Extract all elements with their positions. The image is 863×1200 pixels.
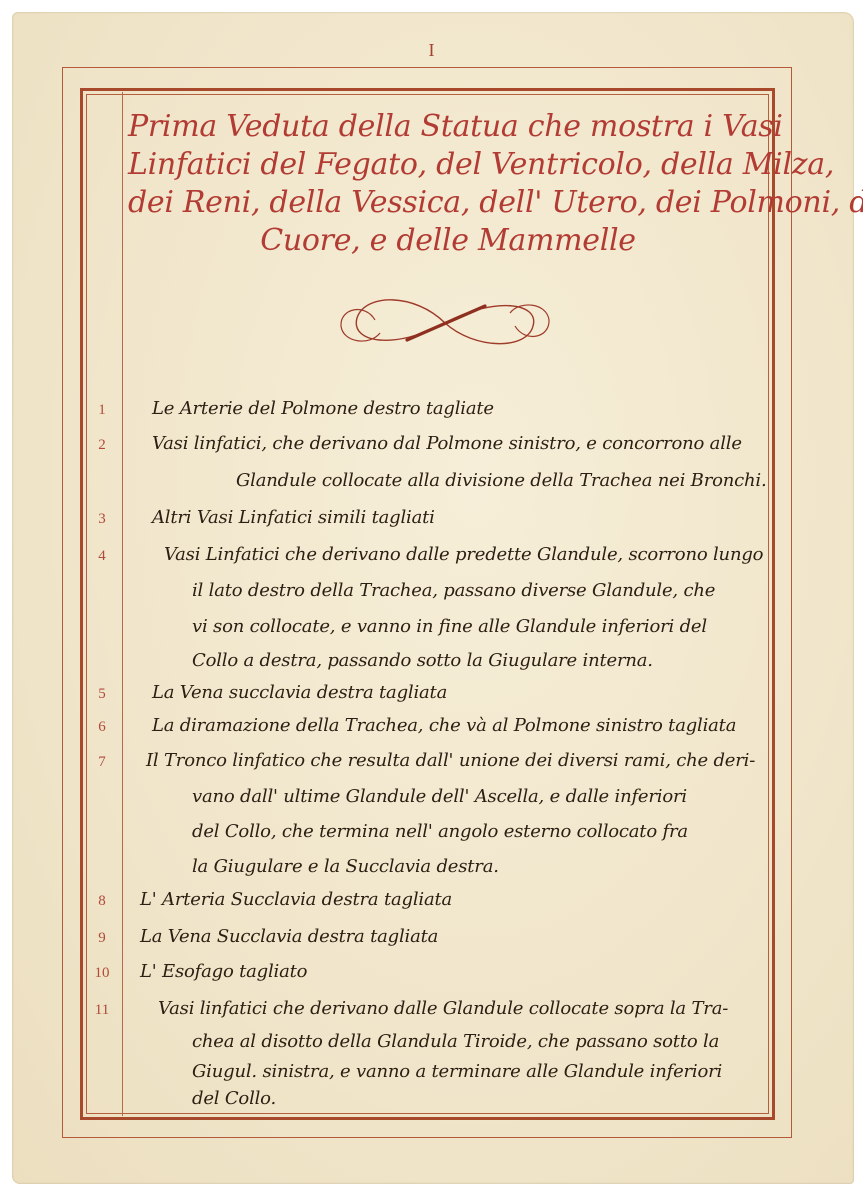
entry-text: La Vena Succlavia destra tagliata xyxy=(140,926,438,947)
title-line: Linfatici del Fegato, del Ventricolo, de… xyxy=(128,146,768,184)
entry-number: 7 xyxy=(82,754,122,771)
page-title: Prima Veduta della Statua che mostra i V… xyxy=(128,108,768,260)
entry-text: Vasi linfatici, che derivano dal Polmone… xyxy=(152,433,742,454)
entry-text: del Collo, che termina nell' angolo este… xyxy=(192,821,688,842)
entry-text: la Giugulare e la Succlavia destra. xyxy=(192,856,499,877)
entry-text: Altri Vasi Linfatici simili tagliati xyxy=(152,507,435,528)
entry-text: Glandule collocate alla divisione della … xyxy=(236,470,767,491)
entry-number: 1 xyxy=(82,402,122,419)
entry-text: Giugul. sinistra, e vanno a terminare al… xyxy=(192,1061,722,1082)
entry-number: 8 xyxy=(82,893,122,910)
entry-text: Vasi Linfatici che derivano dalle predet… xyxy=(164,544,763,565)
entry-text: Le Arterie del Polmone destro tagliate xyxy=(152,398,494,419)
entry-text: Vasi linfatici che derivano dalle Glandu… xyxy=(158,998,728,1019)
entry-text: del Collo. xyxy=(192,1088,276,1109)
page-number: I xyxy=(0,40,863,61)
entry-number: 3 xyxy=(82,511,122,528)
entry-number: 2 xyxy=(82,437,122,454)
title-line: dei Reni, della Vessica, dell' Utero, de… xyxy=(128,184,768,222)
title-line: Prima Veduta della Statua che mostra i V… xyxy=(128,108,768,146)
entry-text: il lato destro della Trachea, passano di… xyxy=(192,580,715,601)
title-line: Cuore, e delle Mammelle xyxy=(128,222,768,260)
entry-text: chea al disotto della Glandula Tiroide, … xyxy=(192,1031,719,1052)
entry-text: Collo a destra, passando sotto la Giugul… xyxy=(192,650,653,671)
entry-text: L' Arteria Succlavia destra tagliata xyxy=(140,889,452,910)
entry-text: L' Esofago tagliato xyxy=(140,961,307,982)
entry-number: 11 xyxy=(82,1002,122,1019)
numeral-margin-line xyxy=(122,92,123,1116)
entry-number: 5 xyxy=(82,686,122,703)
entry-text: La Vena succlavia destra tagliata xyxy=(152,682,447,703)
entry-text: Il Tronco linfatico che resulta dall' un… xyxy=(146,750,755,771)
entry-number: 10 xyxy=(82,965,122,982)
entry-text: La diramazione della Trachea, che và al … xyxy=(152,715,736,736)
entry-number: 9 xyxy=(82,930,122,947)
entry-text: vi son collocate, e vanno in fine alle G… xyxy=(192,616,707,637)
entry-number: 6 xyxy=(82,719,122,736)
entry-number: 4 xyxy=(82,548,122,565)
entry-text: vano dall' ultime Glandule dell' Ascella… xyxy=(192,786,687,807)
flourish-ornament-icon xyxy=(335,288,555,358)
